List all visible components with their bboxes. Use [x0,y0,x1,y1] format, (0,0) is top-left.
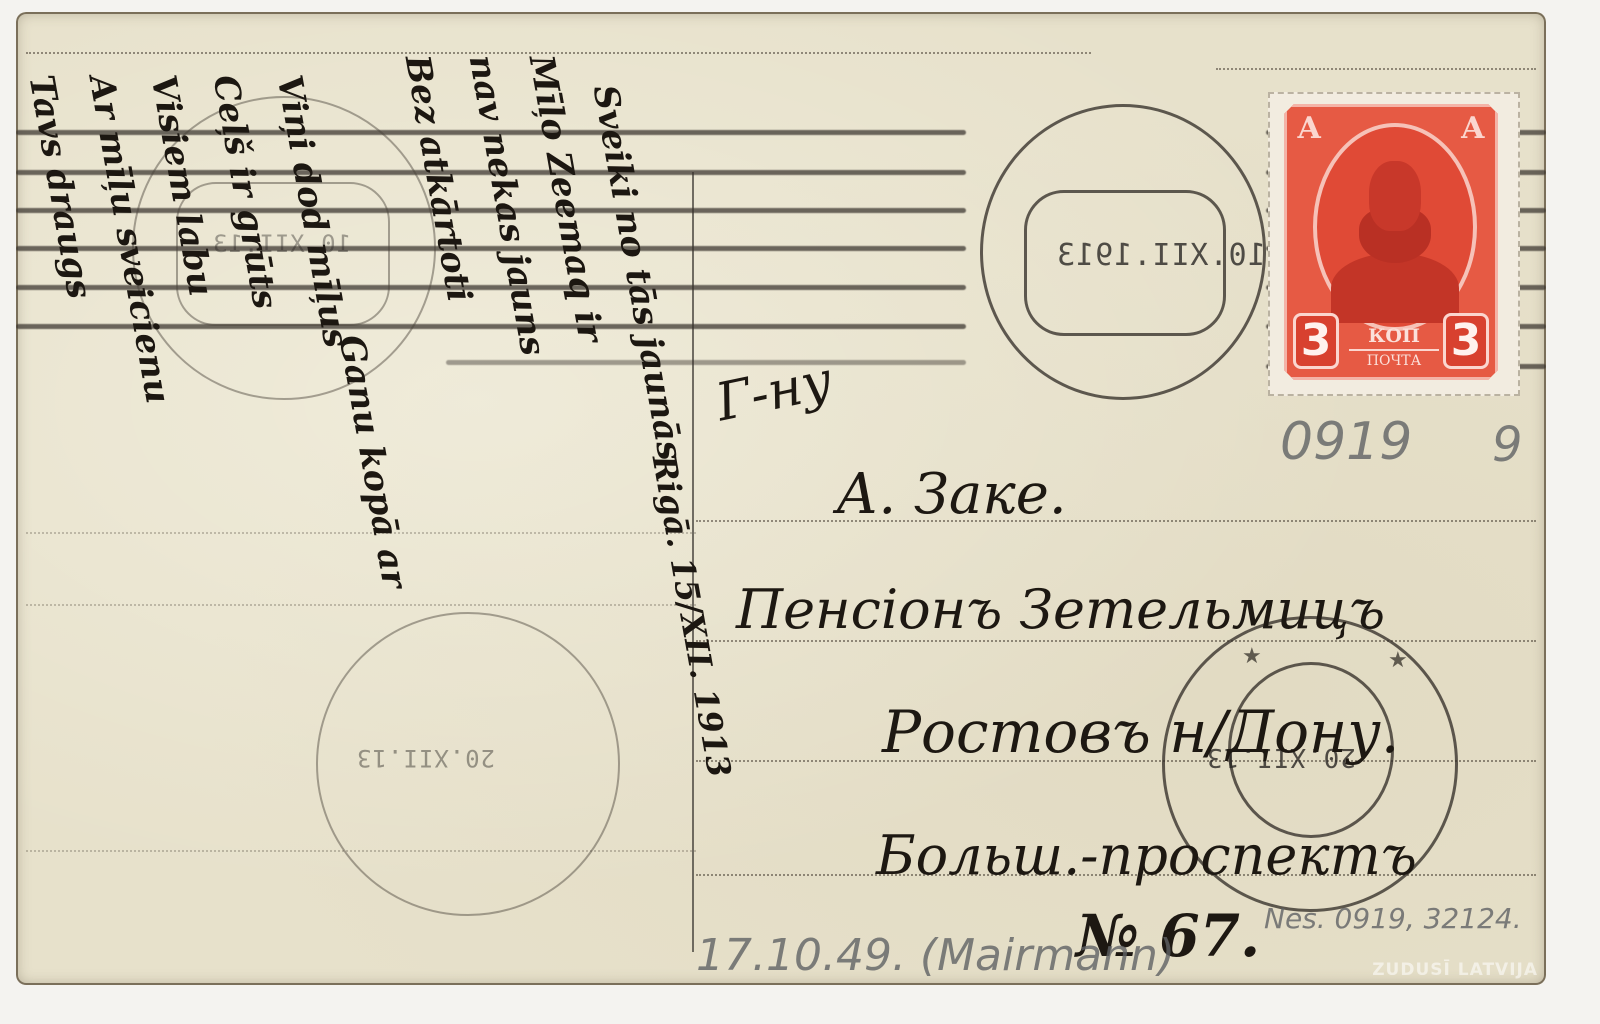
postmark-arrival-faint-date: 20.XII.13 [356,744,495,772]
cancel-line [446,360,966,365]
top-dotted-line-right [1216,68,1536,70]
postmark-departure-date: 10.XII.1913 [1056,238,1266,273]
address-line-1-text: Пенсіонъ Зетельмицъ [736,578,1385,641]
message-line-mid [26,532,696,534]
stamp-country-word: ПОЧТА [1349,349,1439,369]
star-icon: ★ [1242,644,1262,669]
message-line: Ganu kopā ar [331,332,415,591]
star-icon: ★ [1388,648,1408,673]
message-line: Sveiki no tās jaunās [585,82,690,463]
message-line-low [26,604,696,606]
pencil-bottom-note: 17.10.49. (Mairmann) [696,930,1175,981]
portrait-head [1369,161,1421,231]
postcard-back: А А 3 3 КОП ПОЧТА 10.XII.1913 10.XII.13 … [16,12,1546,985]
address-name: А. Заке. [836,462,1067,527]
archive-reference: Nes. 0919, 32124. [1264,902,1522,935]
stamp-corner-letter: А [1461,111,1485,146]
address-line-3-text: Больш.-проспектъ [876,824,1417,887]
pencil-digit: 9 [1492,417,1523,473]
address-line-2-text: Ростовъ н/Дону. [882,698,1399,766]
stamp-portrait-oval [1313,123,1477,331]
postage-stamp: А А 3 3 КОП ПОЧТА [1268,92,1520,396]
portrait-icon [1331,253,1459,323]
stamp-corner-letter: А [1297,111,1321,146]
stamp-frame: А А 3 3 КОП ПОЧТА [1284,104,1498,380]
stamp-value-right: 3 [1443,313,1489,369]
watermark: ZUDUSĪ LATVIJA [1372,960,1538,980]
stamp-value-left: 3 [1293,313,1339,369]
pencil-number: 0919 [1280,412,1412,472]
address-line-1 [696,520,1536,522]
stamp-denomination: КОП [1349,325,1439,347]
